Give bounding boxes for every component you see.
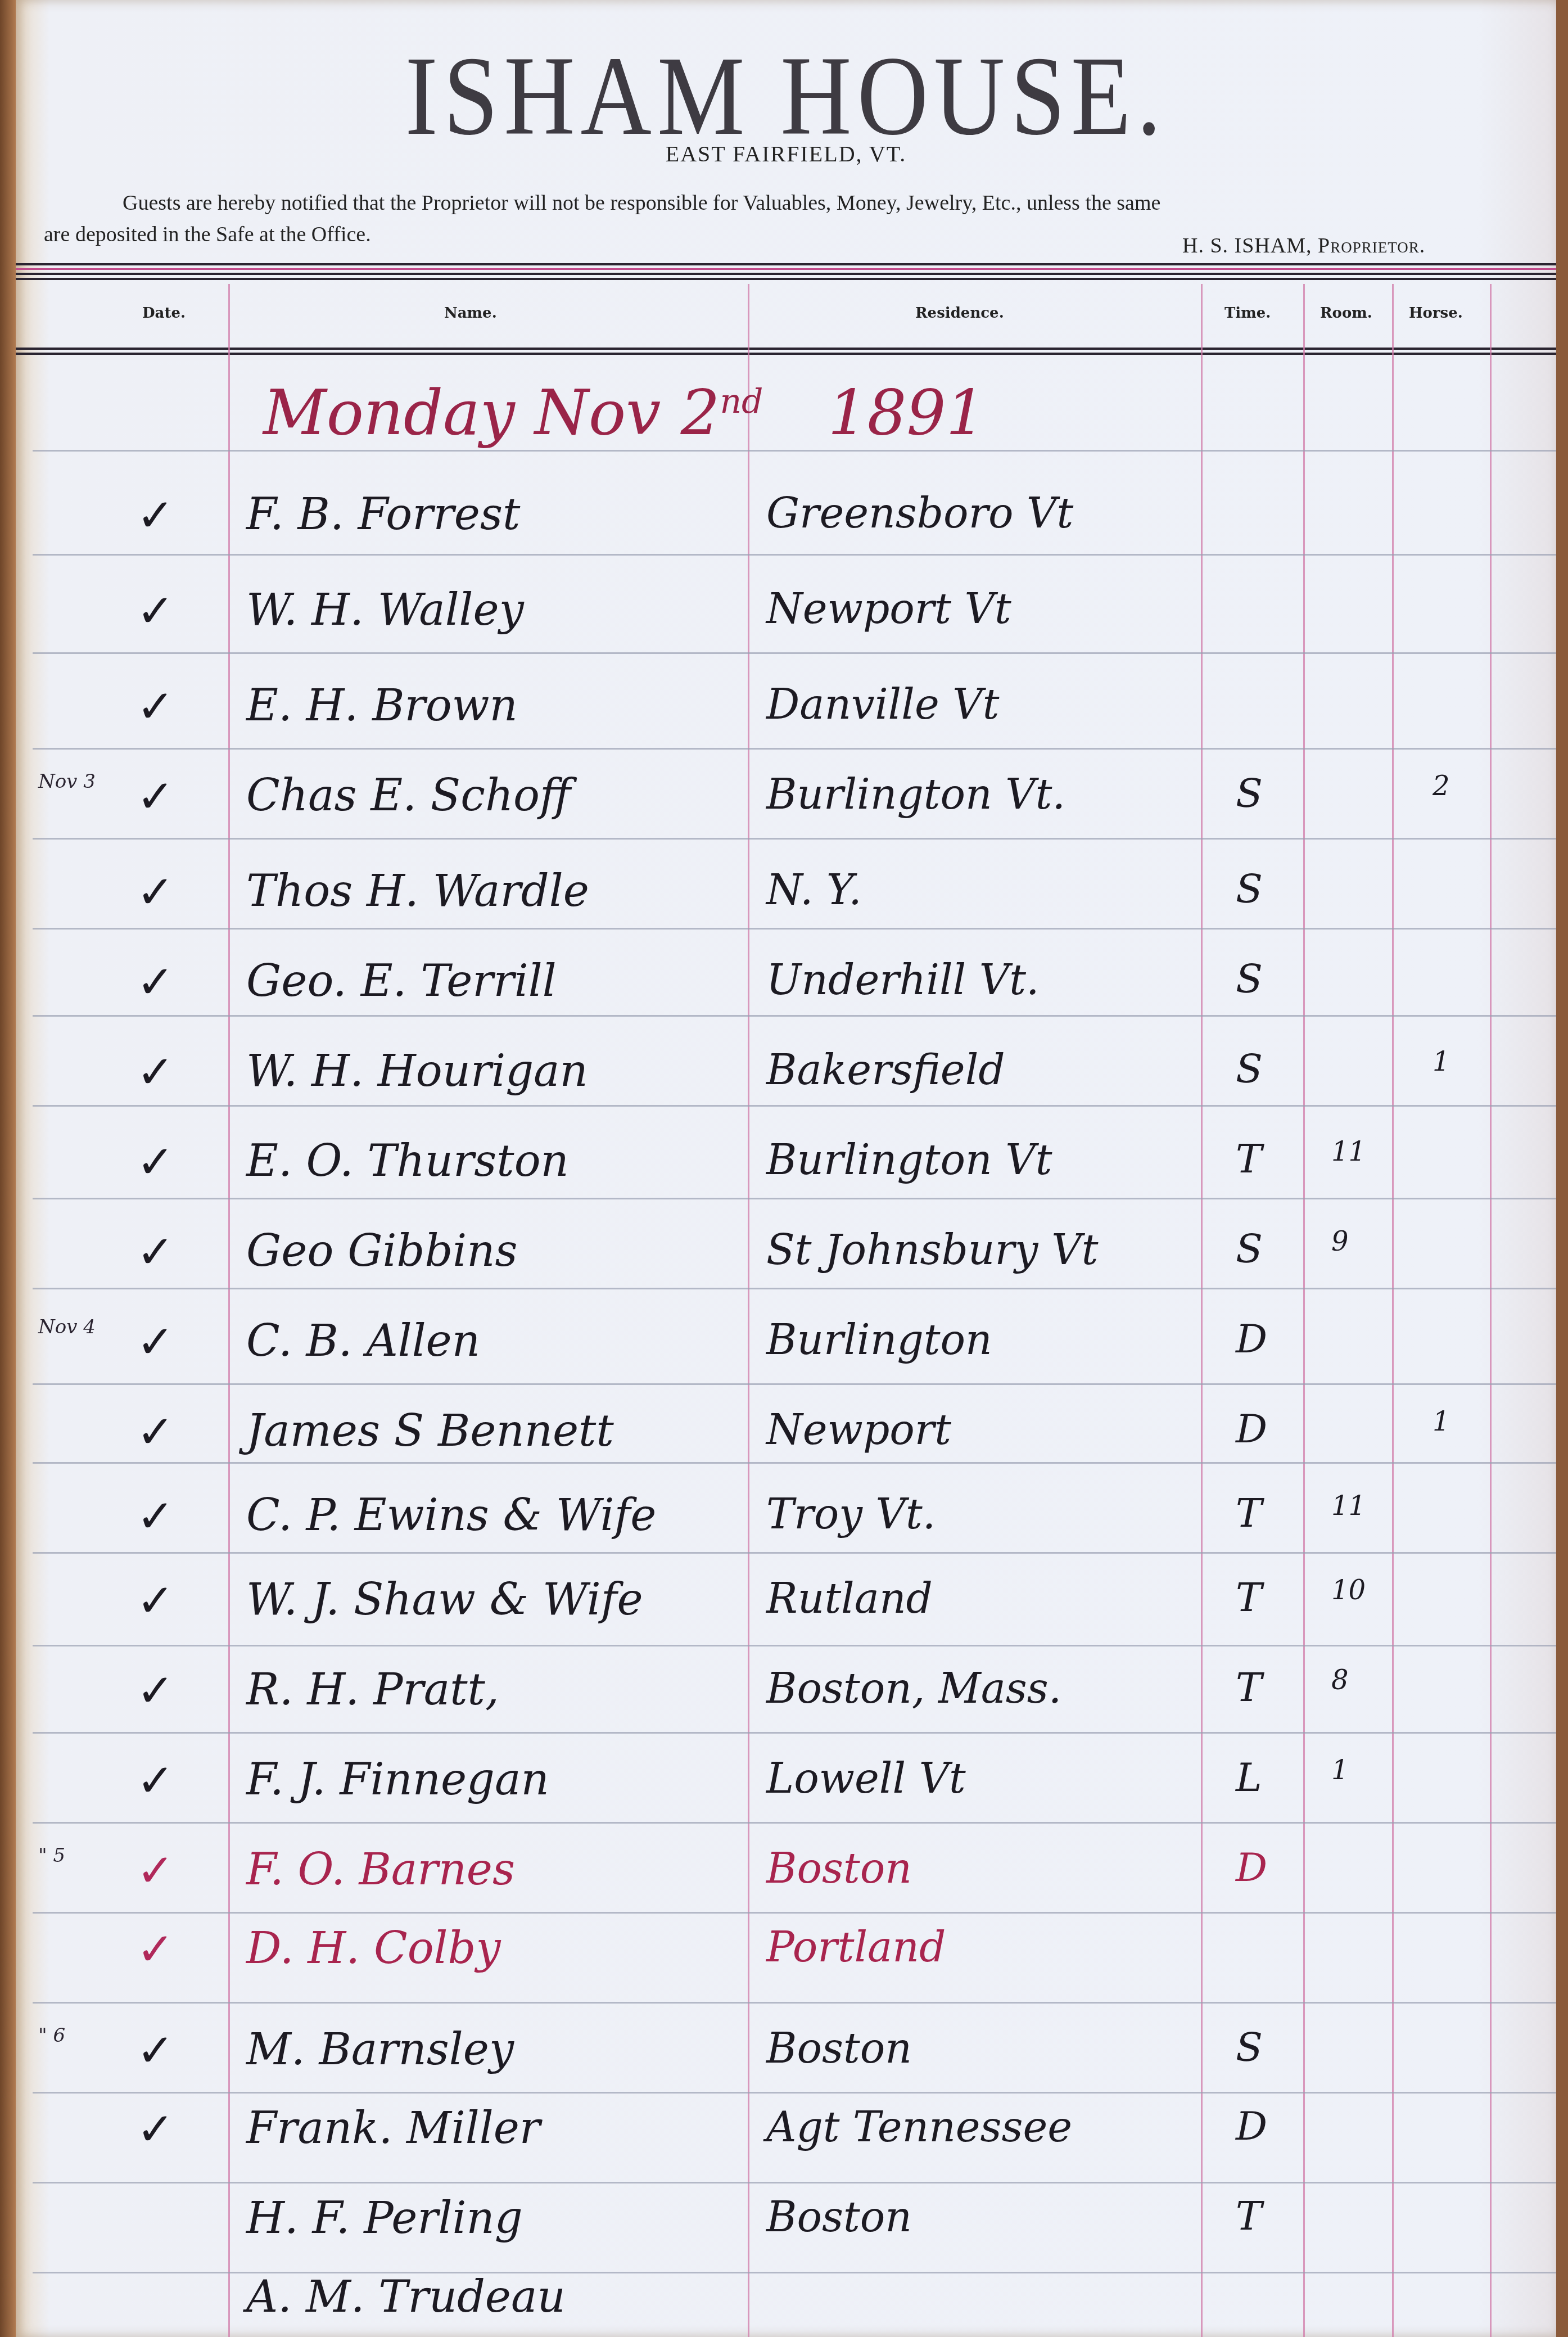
guest-name: W. H. Walley [246,585,524,635]
check-mark-icon: ✓ [137,1490,174,1542]
guest-name: F. B. Forrest [246,489,520,540]
guest-residence: N. Y. [766,866,862,914]
guest-residence: Burlington [766,1316,992,1364]
entry-horse: 1 [1433,1406,1450,1437]
check-mark-icon: ✓ [137,1136,174,1188]
register-page: ISHAM HOUSE. EAST FAIRFIELD, VT. Guests … [16,0,1556,2337]
date-heading-year: 1891 [828,377,985,449]
entry-room: 11 [1331,1490,1366,1522]
guest-residence: Boston [766,2024,912,2073]
guest-name: A. M. Trudeau [246,2272,566,2322]
column-horse: Horse. [1409,305,1463,322]
check-mark-icon: ✓ [137,956,174,1008]
entry-time: S [1236,866,1263,912]
entry-time: T [1236,1664,1262,1711]
entry-date: Nov 4 [38,1316,96,1338]
date-heading-text: Monday Nov 2 [263,377,720,449]
entry-time: T [1236,1574,1262,1621]
proprietor-signature: H. S. ISHAM, Proprietor. [1182,233,1425,258]
guest-name: H. F. Perling [246,2193,523,2244]
guest-residence: Newport Vt [766,585,1011,633]
guest-name: D. H. Colby [246,1923,501,1974]
date-heading: Monday Nov 2nd 1891 [263,377,985,449]
guest-residence: Boston [766,2193,912,2241]
entry-horse: 1 [1433,1046,1450,1077]
guest-residence: Boston, Mass. [766,1664,1061,1713]
column-name: Name. [444,305,497,322]
guest-name: C. P. Ewins & Wife [246,1490,656,1541]
header-rule-top [16,263,1556,283]
guest-name: W. H. Hourigan [246,1046,588,1097]
entry-time: S [1236,770,1263,816]
check-mark-icon: ✓ [137,1046,174,1098]
entry-time: S [1236,1046,1263,1092]
guest-residence: Boston [766,1844,912,1893]
check-mark-icon: ✓ [137,770,174,823]
guest-residence: Burlington Vt [766,1136,1052,1184]
guest-residence: Burlington Vt. [766,770,1065,819]
guest-name: Thos H. Wardle [246,866,589,917]
check-mark-icon: ✓ [137,585,174,637]
book-spine [0,0,16,2337]
entry-date: " 5 [38,1844,65,1867]
guest-residence: St Johnsbury Vt [766,1226,1098,1274]
entry-room: 9 [1331,1226,1349,1257]
entry-time: D [1236,1406,1267,1452]
column-headers: Date. Name. Residence. Time. Room. Horse… [16,292,1556,343]
guest-name: Frank. Miller [246,2103,540,2154]
column-time: Time. [1224,305,1271,322]
guest-name: F. J. Finnegan [246,1754,549,1805]
guest-residence: Agt Tennessee [766,2103,1072,2151]
column-rule [228,284,230,2337]
check-mark-icon: ✓ [137,489,174,542]
guest-name: Chas E. Schoff [246,770,571,821]
column-rule [1201,284,1203,2337]
column-rule [748,284,749,2337]
entry-date: Nov 3 [38,770,96,793]
check-mark-icon: ✓ [137,1664,174,1717]
entry-time: T [1236,1490,1262,1536]
check-mark-icon: ✓ [137,866,174,918]
guest-name: Geo. E. Terrill [246,956,557,1007]
guest-residence: Troy Vt. [766,1490,936,1539]
column-rule [1490,284,1492,2337]
check-mark-icon: ✓ [137,1844,174,1897]
notice-text: Guests are hereby notified that the Prop… [123,188,1562,218]
guest-residence: Newport [766,1406,951,1454]
check-mark-icon: ✓ [137,1923,174,1975]
entry-date: " 6 [38,2024,65,2047]
guest-residence: Underhill Vt. [766,956,1039,1004]
entry-room: 11 [1331,1136,1366,1167]
column-rule [1303,284,1305,2337]
entry-time: T [1236,1136,1262,1182]
entry-room: 1 [1331,1754,1349,1786]
entry-horse: 2 [1433,770,1450,802]
entry-room: 8 [1331,1664,1349,1696]
entry-time: S [1236,2024,1263,2070]
guest-name: R. H. Pratt, [246,1664,499,1715]
guest-residence: Rutland [766,1574,933,1623]
guest-name: F. O. Barnes [246,1844,515,1895]
entry-time: L [1236,1754,1262,1801]
guest-name: James S Bennett [246,1406,614,1456]
guest-name: W. J. Shaw & Wife [246,1574,643,1625]
guest-name: E. H. Brown [246,680,518,731]
guest-residence: Portland [766,1923,946,1971]
guest-residence: Danville Vt [766,680,999,729]
guest-name: E. O. Thurston [246,1136,569,1186]
entry-time: T [1236,2193,1262,2239]
entry-time: D [1236,1844,1267,1891]
guest-name: C. B. Allen [246,1316,480,1366]
notice-text-line2: are deposited in the Safe at the Office. [44,222,371,247]
guest-name: Geo Gibbins [246,1226,518,1276]
check-mark-icon: ✓ [137,2103,174,2155]
check-mark-icon: ✓ [137,2024,174,2077]
column-residence: Residence. [915,305,1004,322]
check-mark-icon: ✓ [137,1574,174,1627]
guest-residence: Lowell Vt [766,1754,966,1803]
header-rule-bottom [16,348,1556,358]
column-room: Room. [1320,305,1372,322]
check-mark-icon: ✓ [137,680,174,733]
check-mark-icon: ✓ [137,1226,174,1278]
hotel-location: EAST FAIRFIELD, VT. [16,141,1556,167]
entry-room: 10 [1331,1574,1366,1606]
entry-time: D [1236,1316,1267,1362]
entry-time: S [1236,956,1263,1002]
entry-time: S [1236,1226,1263,1272]
check-mark-icon: ✓ [137,1406,174,1458]
entry-time: D [1236,2103,1267,2149]
column-rule [1392,284,1394,2337]
guest-name: M. Barnsley [246,2024,514,2075]
check-mark-icon: ✓ [137,1754,174,1807]
column-date: Date. [142,305,186,322]
guest-residence: Bakersfield [766,1046,1005,1094]
guest-residence: Greensboro Vt [766,489,1073,538]
date-heading-suffix: nd [720,382,763,421]
check-mark-icon: ✓ [137,1316,174,1368]
